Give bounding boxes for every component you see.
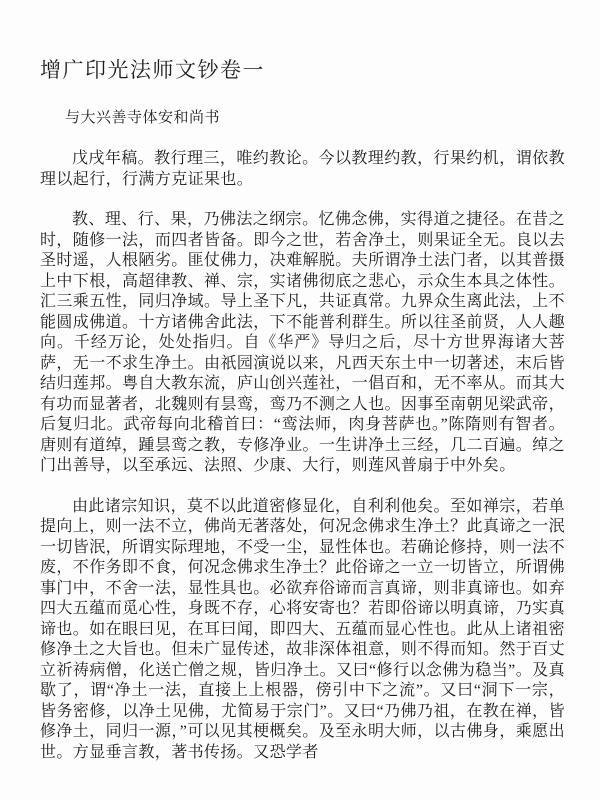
document-page: 增广印光法师文钞卷一 与大兴善寺体安和尚书 戊戌年稿。教行理三，唯约教论。今以教… <box>0 0 600 800</box>
paragraph-1: 戊戌年稿。教行理三，唯约教论。今以教理约教，行果约机，谓依教理以起行，行满方克证… <box>40 149 565 190</box>
paragraph-3: 由此诸宗知识，莫不以此道密修显化，自利利他矣。至如禅宗，若单提向上，则一法不立，… <box>40 497 565 764</box>
page-title: 增广印光法师文钞卷一 <box>40 57 565 83</box>
paragraph-2: 教、理、行、果，乃佛法之纲宗。忆佛念佛，实得道之捷径。在昔之时，随修一法，而四者… <box>40 210 565 477</box>
section-subtitle: 与大兴善寺体安和尚书 <box>65 109 565 127</box>
